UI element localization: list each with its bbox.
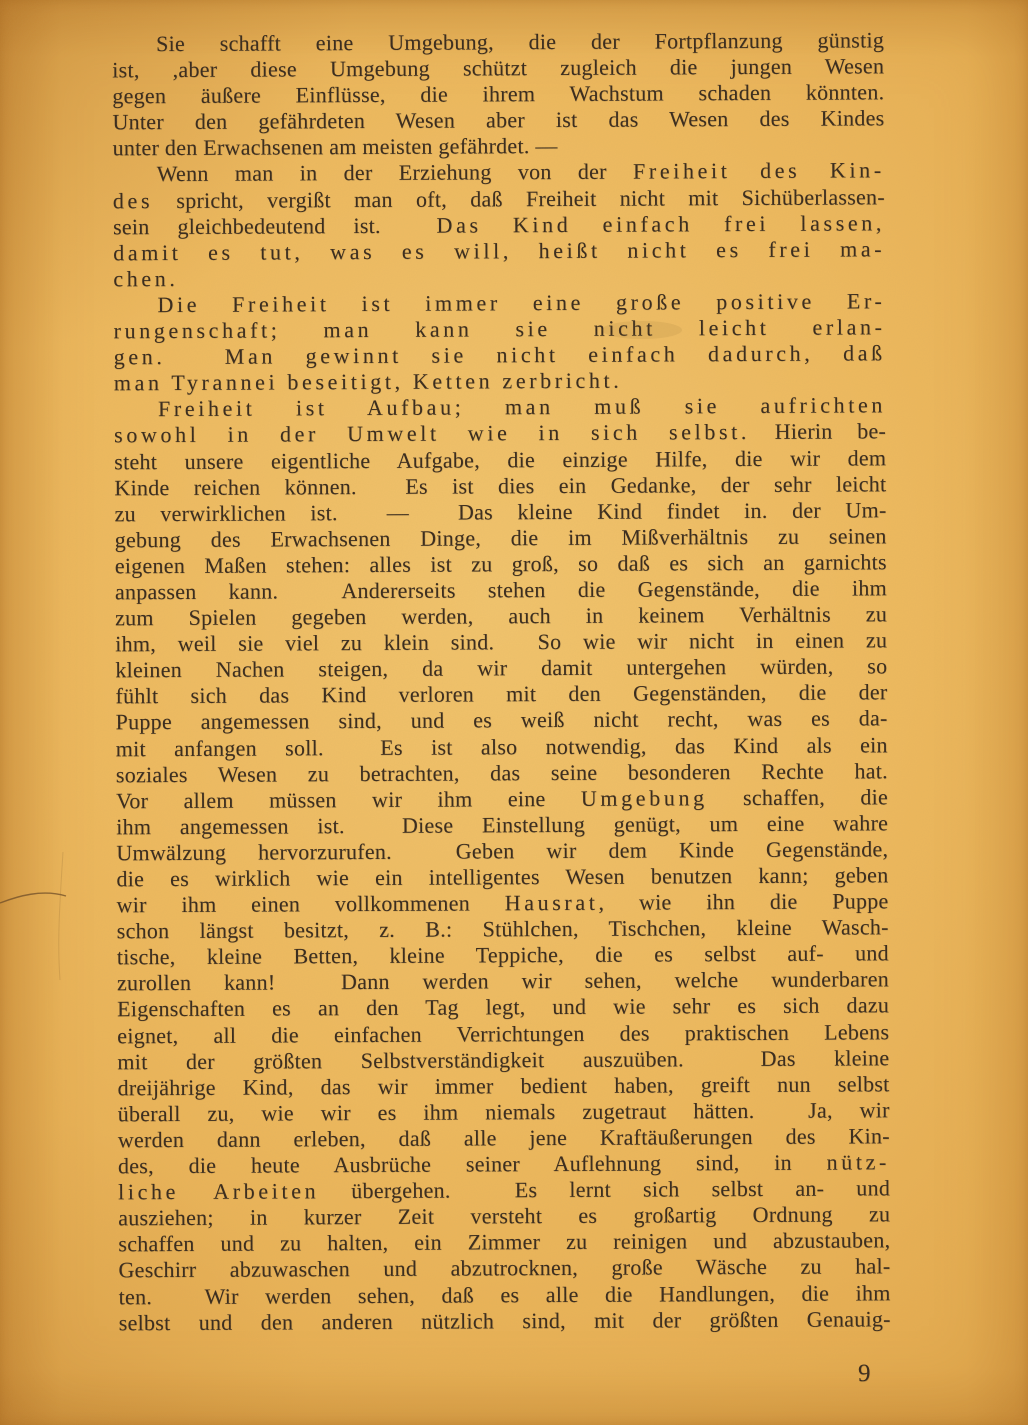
text-line: zurollen kann! Dann werden wir sehen, we… (117, 967, 889, 997)
text-segment: anpassen kann. Andererseits stehen die G… (115, 575, 887, 604)
text-line: unter den Erwachsenen am meisten gefährd… (113, 132, 885, 162)
letterspaced-text-segment: Die Freiheit ist immer eine große positi… (157, 288, 885, 317)
text-segment: Sie schafft eine Umgebung, die der Fortp… (156, 27, 884, 56)
text-line: wir ihm einen vollkommenen Hausrat, wie … (117, 888, 889, 918)
text-line: ten. Wir werden sehen, daß es alle die H… (119, 1280, 891, 1310)
text-line: soziales Wesen zu betrachten, das seine … (116, 758, 888, 788)
text-segment: , wie ihn die Puppe (598, 888, 888, 915)
text-segment: Wenn man in der Erziehung von der (157, 159, 633, 186)
letterspaced-text-segment: chen. (113, 266, 178, 291)
text-line: selbst und den anderen nützlich sind, mi… (119, 1306, 891, 1336)
book-page: Sie schafft eine Umgebung, die der Fortp… (0, 0, 1028, 1425)
text-segment: Umwälzung hervorzurufen. Geben wir dem K… (116, 836, 888, 865)
text-segment: schaffen, die (708, 784, 888, 810)
text-segment: des, die heute Ausbrüche seiner Auflehnu… (118, 1150, 827, 1179)
text-line: mit der größten Selbstverständigkeit aus… (117, 1045, 889, 1075)
text-line: kleinen Nachen steigen, da wir damit unt… (115, 654, 887, 684)
text-segment: mit anfangen soll. Es ist also notwendig… (116, 732, 888, 761)
text-line: Eigenschaften es an den Tag legt, und wi… (117, 993, 889, 1023)
text-line: gebung des Erwachsenen Dinge, die im Miß… (115, 523, 887, 553)
letterspaced-text-segment: des (113, 188, 153, 213)
text-segment: gebung des Erwachsenen Dinge, die im Miß… (115, 523, 887, 552)
text-segment: kleinen Nachen steigen, da wir damit unt… (115, 654, 887, 683)
text-segment: schaffen und zu halten, ein Zimmer zu re… (118, 1228, 890, 1257)
text-segment: Geschirr abzuwaschen und abzutrocknen, g… (118, 1254, 890, 1283)
text-segment: steht unsere eigentliche Aufgabe, die ei… (114, 445, 886, 474)
text-segment: zum Spielen gegeben werden, auch in kein… (115, 601, 887, 630)
text-line: Puppe angemessen sind, und es weiß nicht… (116, 706, 888, 736)
vertical-crease (59, 852, 63, 980)
text-line: fühlt sich das Kind verloren mit den Geg… (115, 680, 887, 710)
text-line: chen. (113, 262, 885, 292)
text-block: Sie schafft eine Umgebung, die der Fortp… (112, 27, 891, 1336)
text-segment: übergehen. Es lernt sich selbst an- und (319, 1175, 890, 1203)
text-line: gen. Man gewinnt sie nicht einfach dadur… (114, 340, 886, 370)
text-line: überall zu, wie wir es ihm niemals zuget… (118, 1097, 890, 1127)
text-line: ist, ,aber diese Umgebung schützt zuglei… (112, 53, 884, 83)
text-segment: mit der größten Selbstverständigkeit aus… (117, 1045, 889, 1074)
text-line: schon längst besitzt, z. B.: Stühlchen, … (117, 914, 889, 944)
text-line: zu verwirklichen ist. — Das kleine Kind … (114, 497, 886, 527)
text-segment: ihm angemessen ist. Diese Einstellung ge… (116, 810, 888, 839)
letterspaced-text-segment: nütz- (827, 1149, 890, 1174)
letterspaced-text-segment: Freiheit ist Aufbau; man muß sie aufrich… (158, 393, 886, 422)
text-line: schaffen und zu halten, ein Zimmer zu re… (118, 1228, 890, 1258)
text-segment: ten. Wir werden sehen, daß es alle die H… (119, 1280, 891, 1309)
text-segment: sein gleichbedeutend ist. (113, 212, 437, 239)
text-line: rungenschaft; man kann sie nicht leicht … (114, 314, 886, 344)
left-edge-crease-crack (0, 893, 66, 903)
text-segment: dreijährige Kind, das wir immer bedient … (117, 1071, 889, 1100)
text-line: man Tyrannei beseitigt, Ketten zerbricht… (114, 366, 886, 396)
text-line: Die Freiheit ist immer eine große positi… (113, 288, 885, 318)
text-segment: ist, ,aber diese Umgebung schützt zuglei… (112, 53, 884, 82)
text-segment: zurollen kann! Dann werden wir sehen, we… (117, 967, 889, 996)
text-segment: Unter den gefährdeten Wesen aber ist das… (112, 106, 884, 135)
text-segment: zu verwirklichen ist. — Das kleine Kind … (114, 497, 886, 526)
letterspaced-text-segment: Hausrat (505, 890, 599, 915)
text-segment: Hierin be- (750, 419, 886, 445)
text-line: mit anfangen soll. Es ist also notwendig… (116, 732, 888, 762)
text-segment: Vor allem müssen wir ihm eine (116, 786, 581, 813)
text-segment: die es wirklich wie ein intelligentes We… (116, 862, 888, 891)
text-segment: selbst und den anderen nützlich sind, mi… (119, 1306, 891, 1335)
letterspaced-text-segment: liche Arbeiten (118, 1178, 319, 1204)
letterspaced-text-segment: gen. Man gewinnt sie nicht einfach dadur… (114, 340, 886, 369)
text-segment: wir ihm einen vollkommenen (117, 890, 505, 917)
text-line: steht unsere eigentliche Aufgabe, die ei… (114, 445, 886, 475)
text-line: eignet, all die einfachen Verrichtungen … (117, 1019, 889, 1049)
letterspaced-text-segment: Freiheit des Kin- (633, 158, 885, 184)
text-line: des spricht, vergißt man oft, daß Freihe… (113, 184, 885, 214)
text-line: ihm angemessen ist. Diese Einstellung ge… (116, 810, 888, 840)
text-line: gegen äußere Einflüsse, die ihrem Wachst… (112, 79, 884, 109)
letterspaced-text-segment: damit es tut, was es will, heißt nicht e… (113, 236, 885, 265)
text-segment: Puppe angemessen sind, und es weiß nicht… (116, 706, 888, 735)
text-line: Sie schafft eine Umgebung, die der Fortp… (112, 27, 884, 57)
text-line: des, die heute Ausbrüche seiner Auflehnu… (118, 1149, 890, 1179)
text-line: damit es tut, was es will, heißt nicht e… (113, 236, 885, 266)
text-segment: fühlt sich das Kind verloren mit den Geg… (115, 680, 887, 709)
text-line: dreijährige Kind, das wir immer bedient … (117, 1071, 889, 1101)
text-line: tische, kleine Betten, kleine Teppiche, … (117, 941, 889, 971)
text-segment: eignet, all die einfachen Verrichtungen … (117, 1019, 889, 1048)
letterspaced-text-segment: man Tyrannei beseitigt, Ketten zerbricht… (114, 368, 623, 396)
text-line: zum Spielen gegeben werden, auch in kein… (115, 601, 887, 631)
text-segment: Eigenschaften es an den Tag legt, und wi… (117, 993, 889, 1022)
page-number: 9 (858, 1360, 871, 1388)
text-line: ausziehen; in kurzer Zeit versteht es gr… (118, 1201, 890, 1231)
text-line: liche Arbeiten übergehen. Es lernt sich … (118, 1175, 890, 1205)
letterspaced-text-segment: Umgebung (581, 785, 708, 811)
text-line: ihm, weil sie viel zu klein sind. So wie… (115, 627, 887, 657)
text-segment: spricht, vergißt man oft, daß Freiheit n… (153, 184, 885, 213)
text-line: Wenn man in der Erziehung von der Freihe… (113, 158, 885, 188)
text-segment: unter den Erwachsenen am meisten gefährd… (113, 133, 558, 160)
text-line: werden dann erleben, daß alle jene Kraft… (118, 1123, 890, 1153)
text-line: Kinde reichen können. Es ist dies ein Ge… (114, 471, 886, 501)
text-segment: eigenen Maßen stehen: alles ist zu groß,… (115, 549, 887, 578)
text-segment: ihm, weil sie viel zu klein sind. So wie… (115, 627, 887, 656)
text-line: sein gleichbedeutend ist. Das Kind einfa… (113, 210, 885, 240)
letterspaced-text-segment: Das Kind einfach frei lassen, (436, 210, 885, 237)
text-line: Freiheit ist Aufbau; man muß sie aufrich… (114, 393, 886, 423)
text-segment: schon längst besitzt, z. B.: Stühlchen, … (117, 914, 889, 943)
text-line: Vor allem müssen wir ihm eine Umgebung s… (116, 784, 888, 814)
text-line: die es wirklich wie ein intelligentes We… (116, 862, 888, 892)
text-segment: soziales Wesen zu betrachten, das seine … (116, 758, 888, 787)
text-line: sowohl in der Umwelt wie in sich selbst.… (114, 419, 886, 449)
letterspaced-text-segment: rungenschaft; man kann sie nicht leicht … (114, 314, 886, 343)
letterspaced-text-segment: sowohl in der Umwelt wie in sich selbst. (114, 419, 750, 447)
text-segment: tische, kleine Betten, kleine Teppiche, … (117, 941, 889, 970)
text-line: Unter den gefährdeten Wesen aber ist das… (112, 106, 884, 136)
text-line: Geschirr abzuwaschen und abzutrocknen, g… (118, 1254, 890, 1284)
text-line: Umwälzung hervorzurufen. Geben wir dem K… (116, 836, 888, 866)
text-segment: werden dann erleben, daß alle jene Kraft… (118, 1123, 890, 1152)
text-segment: ausziehen; in kurzer Zeit versteht es gr… (118, 1201, 890, 1230)
text-segment: überall zu, wie wir es ihm niemals zuget… (118, 1097, 890, 1126)
text-segment: Kinde reichen können. Es ist dies ein Ge… (114, 471, 886, 500)
text-segment: gegen äußere Einflüsse, die ihrem Wachst… (112, 79, 884, 108)
text-line: anpassen kann. Andererseits stehen die G… (115, 575, 887, 605)
text-line: eigenen Maßen stehen: alles ist zu groß,… (115, 549, 887, 579)
